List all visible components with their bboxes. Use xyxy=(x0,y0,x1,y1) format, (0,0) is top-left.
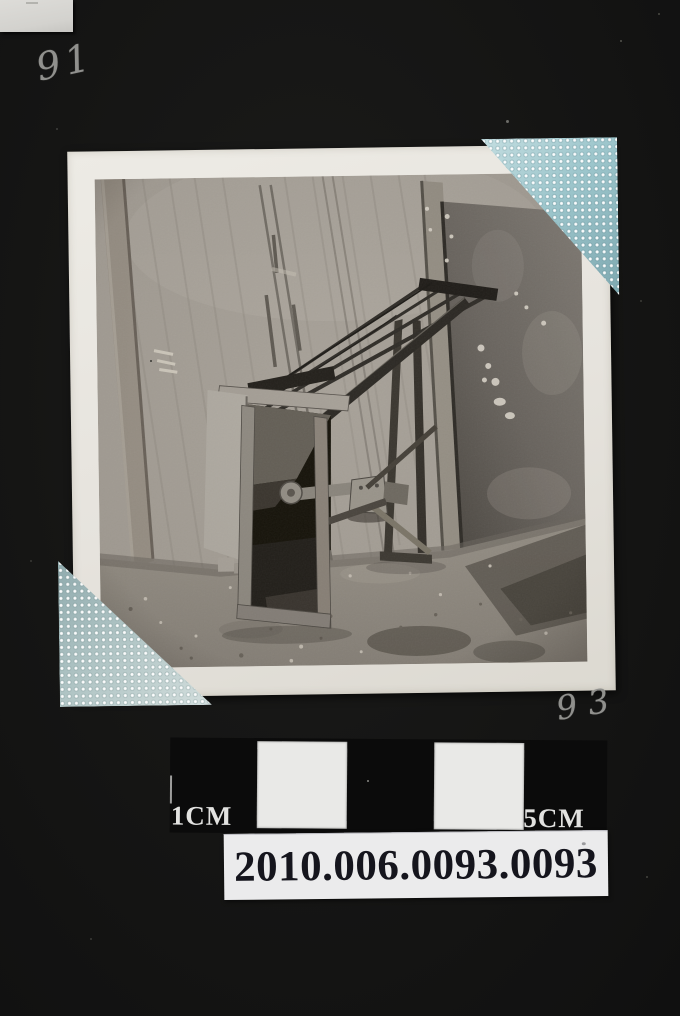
handwritten-number-top: 91 xyxy=(32,34,98,89)
paper-slip xyxy=(0,0,73,32)
dust-speck xyxy=(90,938,92,940)
photograph-print xyxy=(67,144,616,698)
vignette-overlay xyxy=(95,173,588,669)
dust-speck xyxy=(658,13,660,15)
dust-speck xyxy=(620,40,622,42)
photograph-image xyxy=(95,173,588,669)
dust-speck xyxy=(367,780,369,782)
scale-label-1cm: 1CM xyxy=(171,802,233,829)
accession-label: 2010.006.0093.0093 xyxy=(224,830,609,900)
scale-bar-tick xyxy=(170,775,172,803)
dust-speck xyxy=(150,360,152,362)
scale-bar-white-square-1 xyxy=(257,741,348,829)
handwritten-number-bottom: 93 xyxy=(553,679,622,728)
dust-speck xyxy=(506,120,509,123)
dust-speck xyxy=(56,128,58,130)
scale-bar-white-square-2 xyxy=(434,742,525,830)
scale-label-5cm: 5CM xyxy=(523,805,585,832)
accession-number: 2010.006.0093.0093 xyxy=(234,839,598,892)
dust-speck xyxy=(30,560,32,562)
dust-speck xyxy=(640,300,642,302)
scale-bar: 1CM 5CM xyxy=(170,737,608,835)
dust-speck xyxy=(646,876,648,878)
album-page-mat: 91 xyxy=(0,0,680,1016)
